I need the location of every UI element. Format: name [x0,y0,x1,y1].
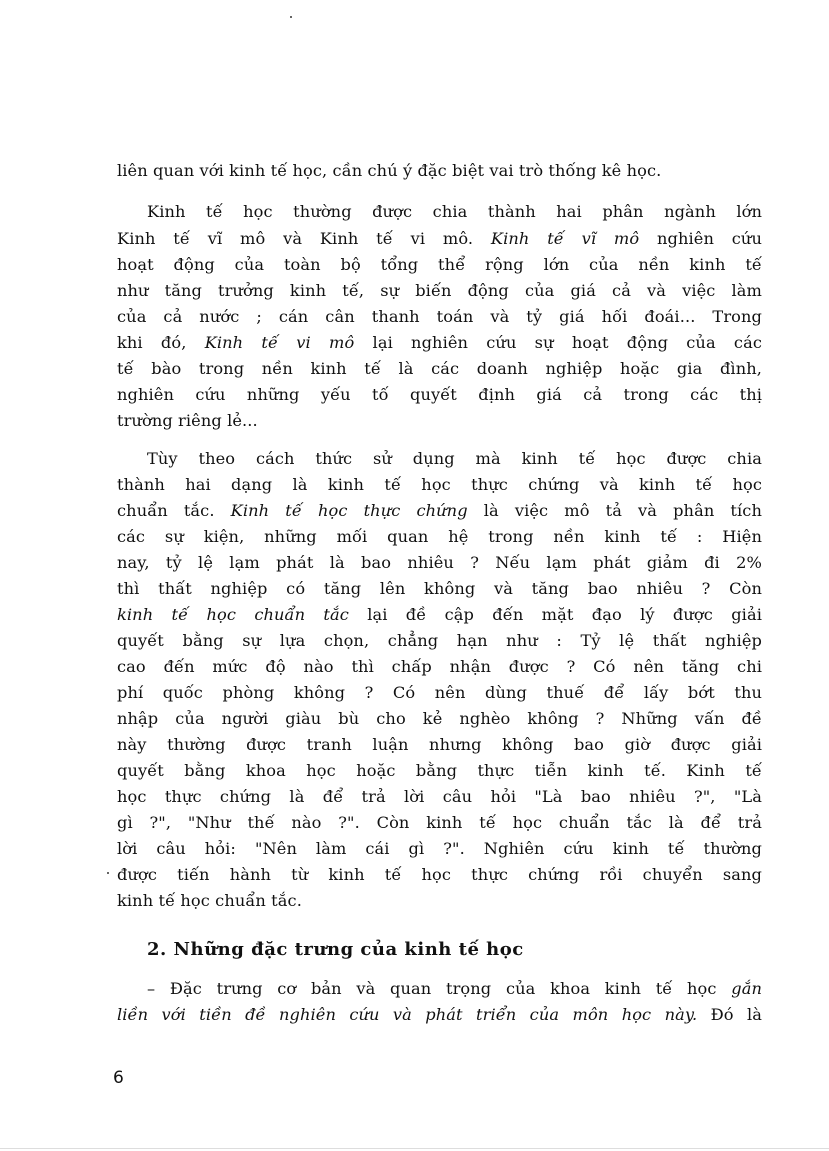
text-line: các sự kiện, những mối quan hệ trong nền… [117,524,762,550]
text-span: Đó là [697,1005,762,1024]
section-heading: 2. Những đặc trưng của kinh tế học [147,936,524,964]
text-line: được tiến hành từ kinh tế học thực chứng… [117,862,762,888]
italic-span: Kinh tế học thực chứng [231,501,468,520]
text-line: của cả nước ; cán cân thanh toán và tỷ g… [117,304,762,330]
text-line: phí quốc phòng không ? Có nên dùng thuế … [117,680,762,706]
text-line: khi đó, Kinh tế vi mô lại nghiên cứu sự … [117,330,762,356]
text-line: nhập của người giàu bù cho kẻ nghèo khôn… [117,706,762,732]
text-line: kinh tế học chuẩn tắc lại đề cập đến mặt… [117,602,762,628]
text-line: Kinh tế học thường được chia thành hai p… [117,199,762,225]
page-number: 6 [113,1068,124,1088]
text-line: hoạt động của toàn bộ tổng thể rộng lớn … [117,252,762,278]
text-line: nghiên cứu những yếu tố quyết định giá c… [117,382,762,408]
italic-span: Kinh tế vĩ mô [491,229,639,248]
italic-span: kinh tế học chuẩn tắc [117,605,349,624]
text-line: cao đến mức độ nào thì chấp nhận được ? … [117,654,762,680]
text-line: – Đặc trưng cơ bản và quan trọng của kho… [117,976,762,1002]
scan-edge [0,1148,829,1149]
text-line: kinh tế học chuẩn tắc. [117,888,762,914]
text-line: thành hai dạng là kinh tế học thực chứng… [117,472,762,498]
text-line: liền với tiền đề nghiên cứu và phát triể… [117,1002,762,1028]
text-line: trường riêng lẻ... [117,408,762,434]
text-line: tế bào trong nền kinh tế là các doanh ng… [117,356,762,382]
text-line: quyết bằng sự lựa chọn, chẳng hạn như : … [117,628,762,654]
italic-span: Kinh tế vi mô [205,333,355,352]
text-span: Kinh tế vĩ mô và Kinh tế vi mô. Kinh tế … [117,229,762,248]
text-line: Tùy theo cách thức sử dụng mà kinh tế họ… [117,446,762,472]
text-line: gì ?", "Như thế nào ?". Còn kinh tế học … [117,810,762,836]
scan-speck [290,16,292,18]
italic-span: liền với tiền đề nghiên cứu và phát triể… [117,1005,697,1024]
text-line: liên quan với kinh tế học, cần chú ý đặc… [117,158,762,184]
text-line: thì thất nghiệp có tăng lên không và tăn… [117,576,762,602]
italic-span: gắn [731,979,762,998]
text-line: nay, tỷ lệ lạm phát là bao nhiêu ? Nếu l… [117,550,762,576]
text-line: Kinh tế vĩ mô và Kinh tế vi mô. Kinh tế … [117,226,762,252]
text-line: lời câu hỏi: "Nên làm cái gì ?". Nghiên … [117,836,762,862]
text-line: này thường được tranh luận nhưng không b… [117,732,762,758]
text-line: quyết bằng khoa học hoặc bằng thực tiễn … [117,758,762,784]
text-line: học thực chứng là để trả lời câu hỏi "Là… [117,784,762,810]
text-span: – Đặc trưng cơ bản và quan trọng của kho… [147,979,731,998]
text-line: chuẩn tắc. Kinh tế học thực chứng là việ… [117,498,762,524]
text-line: như tăng trưởng kinh tế, sự biến động củ… [117,278,762,304]
scan-speck [107,872,109,874]
